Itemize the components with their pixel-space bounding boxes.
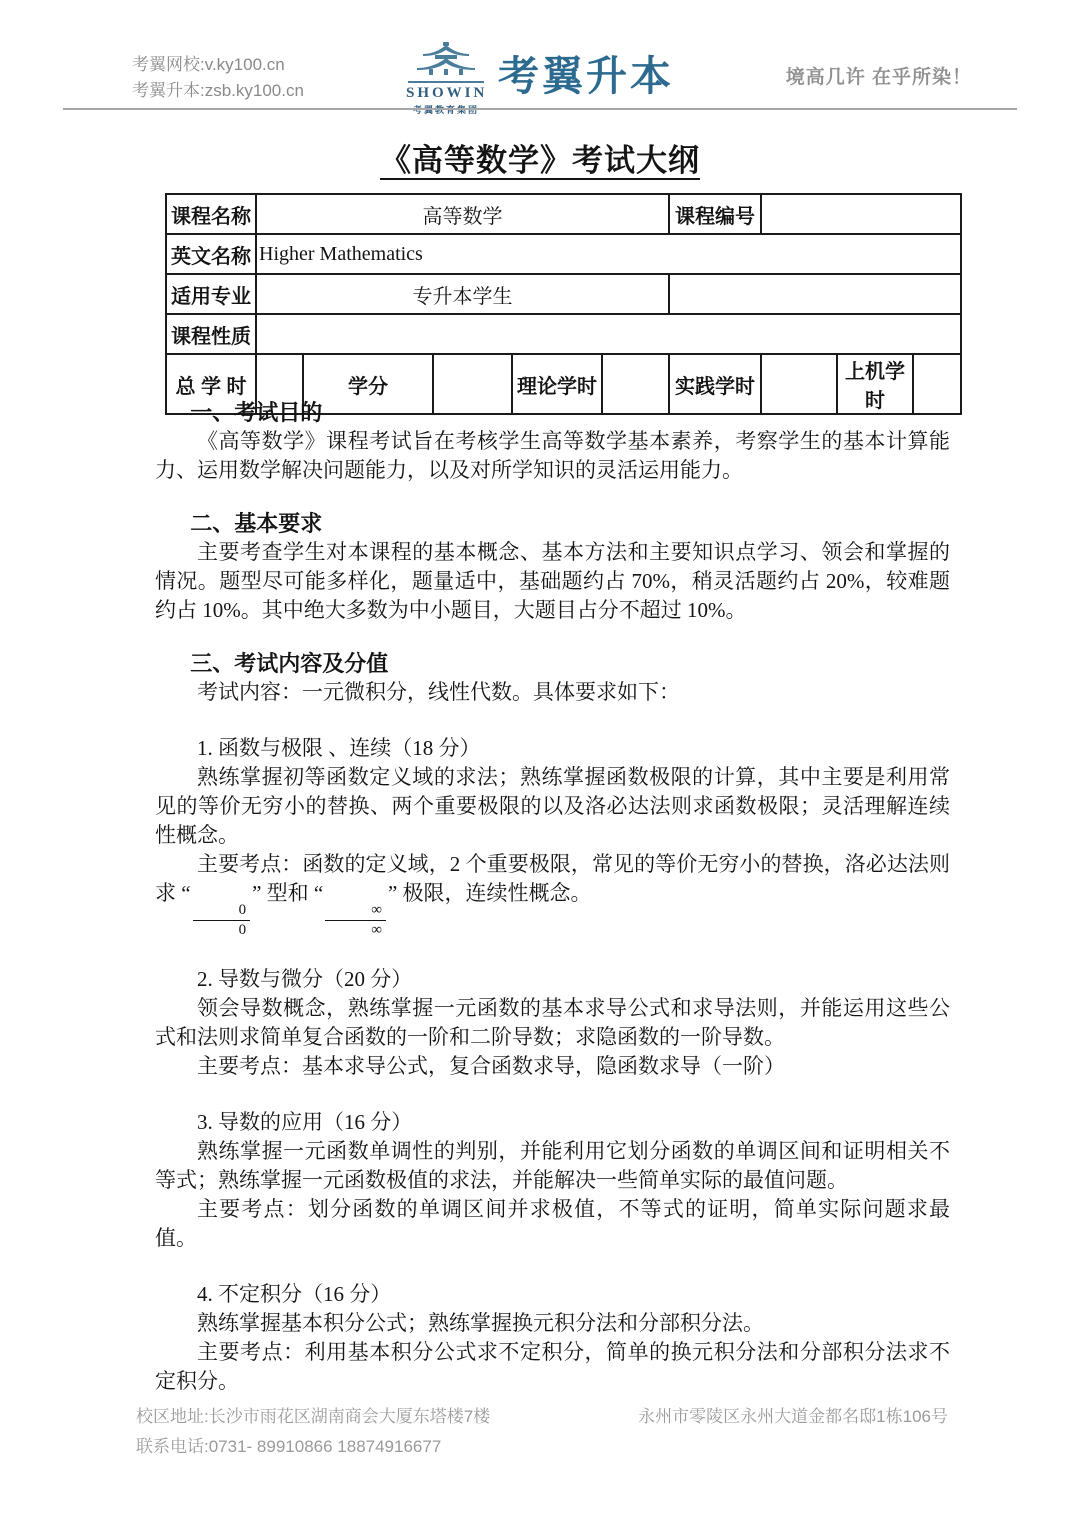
table-row-major: 适用专业 专升本学生 (166, 274, 961, 314)
fraction-denominator: ∞ (329, 921, 382, 938)
major-label: 适用专业 (166, 274, 256, 314)
page-footer: 校区地址:长沙市雨花区湖南商会大厦东塔楼7楼 联系电话:0731- 899108… (136, 1402, 948, 1462)
brand-logo: SHOWIN 考翼教育集团 考翼升本 (406, 42, 674, 116)
table-row-course-nature: 课程性质 (166, 314, 961, 354)
item4-keypoints: 主要考点：利用基本积分公式求不定积分，简单的换元积分法和分部积分法求不定积分。 (155, 1338, 950, 1396)
english-name-value: Higher Mathematics (256, 234, 961, 274)
footer-left: 校区地址:长沙市雨花区湖南商会大厦东塔楼7楼 联系电话:0731- 899108… (136, 1402, 490, 1462)
item3-title: 3. 导数的应用（16 分） (155, 1108, 950, 1137)
fraction-denominator: 0 (197, 921, 247, 938)
header-rule (63, 108, 1017, 110)
fraction-numerator: 0 (193, 903, 251, 921)
course-info-table-wrap: 课程名称 高等数学 课程编号 英文名称 Higher Mathematics 适… (165, 193, 962, 415)
item4-body: 熟练掌握基本积分公式；熟练掌握换元积分法和分部积分法。 (155, 1309, 950, 1338)
page-title: 《高等数学》考试大纲 (0, 108, 1080, 180)
course-name-label: 课程名称 (166, 194, 256, 234)
document-page: 考翼网校:v.ky100.cn 考翼升本:zsb.ky100.cn (0, 0, 1080, 1527)
item1-title: 1. 函数与极限 、连续（18 分） (155, 734, 950, 763)
logo-subbrand-text: SHOWIN (406, 85, 486, 102)
footer-branch-address: 永州市零陵区永州大道金都名邸1栋106号 (638, 1402, 948, 1432)
section-heading-content: 三、考试内容及分值 (155, 649, 950, 678)
item1-keypoints-suffix: ” 极限，连续性概念。 (388, 881, 592, 905)
section-heading-requirements: 二、基本要求 (155, 509, 950, 538)
item4-title: 4. 不定积分（16 分） (155, 1280, 950, 1309)
fraction-numerator: ∞ (325, 903, 386, 921)
course-nature-value (256, 314, 961, 354)
pagoda-icon (415, 62, 477, 79)
header-contact-links: 考翼网校:v.ky100.cn 考翼升本:zsb.ky100.cn (132, 52, 304, 104)
item2-title: 2. 导数与微分（20 分） (155, 965, 950, 994)
fraction-zero-over-zero: 00 (193, 903, 251, 938)
course-code-value (761, 194, 961, 234)
header-zsb-link: 考翼升本:zsb.ky100.cn (132, 78, 304, 104)
item2-keypoints: 主要考点：基本求导公式，复合函数求导，隐函数求导（一阶） (155, 1052, 950, 1081)
english-name-label: 英文名称 (166, 234, 256, 274)
logo-brand-text: 考翼升本 (498, 54, 674, 98)
item1-keypoints-mid: ” 型和 “ (252, 881, 323, 905)
course-info-table: 课程名称 高等数学 课程编号 英文名称 Higher Mathematics 适… (165, 193, 962, 415)
major-value-extra (669, 274, 961, 314)
logo-divider (408, 81, 484, 83)
course-name-value: 高等数学 (256, 194, 669, 234)
item1-body: 熟练掌握初等函数定义域的求法；熟练掌握函数极限的计算，其中主要是利用常见的等价无… (155, 763, 950, 850)
fraction-inf-over-inf: ∞∞ (325, 903, 386, 938)
section-paragraph-purpose: 《高等数学》课程考试旨在考核学生高等数学基本素养，考察学生的基本计算能力、运用数… (155, 427, 950, 485)
table-row-course-name: 课程名称 高等数学 课程编号 (166, 194, 961, 234)
section-heading-purpose: 一、考试目的 (155, 398, 950, 427)
table-row-english-name: 英文名称 Higher Mathematics (166, 234, 961, 274)
course-code-label: 课程编号 (669, 194, 761, 234)
course-nature-label: 课程性质 (166, 314, 256, 354)
footer-phone: 联系电话:0731- 89910866 18874916677 (136, 1432, 490, 1462)
page-header: 考翼网校:v.ky100.cn 考翼升本:zsb.ky100.cn (0, 0, 1080, 110)
section-paragraph-content: 考试内容：一元微积分，线性代数。具体要求如下： (155, 678, 950, 707)
item2-body: 领会导数概念，熟练掌握一元函数的基本求导公式和求导法则，并能运用这些公式和法则求… (155, 994, 950, 1052)
document-body: 一、考试目的 《高等数学》课程考试旨在考核学生高等数学基本素养，考察学生的基本计… (155, 398, 950, 1396)
item1-keypoints: 主要考点：函数的定义域，2 个重要极限，常见的等价无穷小的替换，洛必达法则求 “… (155, 850, 950, 938)
footer-campus-address: 校区地址:长沙市雨花区湖南商会大厦东塔楼7楼 (136, 1402, 490, 1432)
logo-stack: SHOWIN 考翼教育集团 (406, 42, 486, 116)
item3-keypoints: 主要考点：划分函数的单调区间并求极值，不等式的证明，简单实际问题求最值。 (155, 1195, 950, 1253)
header-slogan: 境高几许 在乎所染！ (786, 62, 972, 89)
header-site-link: 考翼网校:v.ky100.cn (132, 52, 304, 78)
major-value: 专升本学生 (256, 274, 669, 314)
item3-body: 熟练掌握一元函数单调性的判别，并能利用它划分函数的单调区间和证明相关不等式；熟练… (155, 1137, 950, 1195)
section-paragraph-requirements: 主要考查学生对本课程的基本概念、基本方法和主要知识点学习、领会和掌握的情况。题型… (155, 538, 950, 625)
